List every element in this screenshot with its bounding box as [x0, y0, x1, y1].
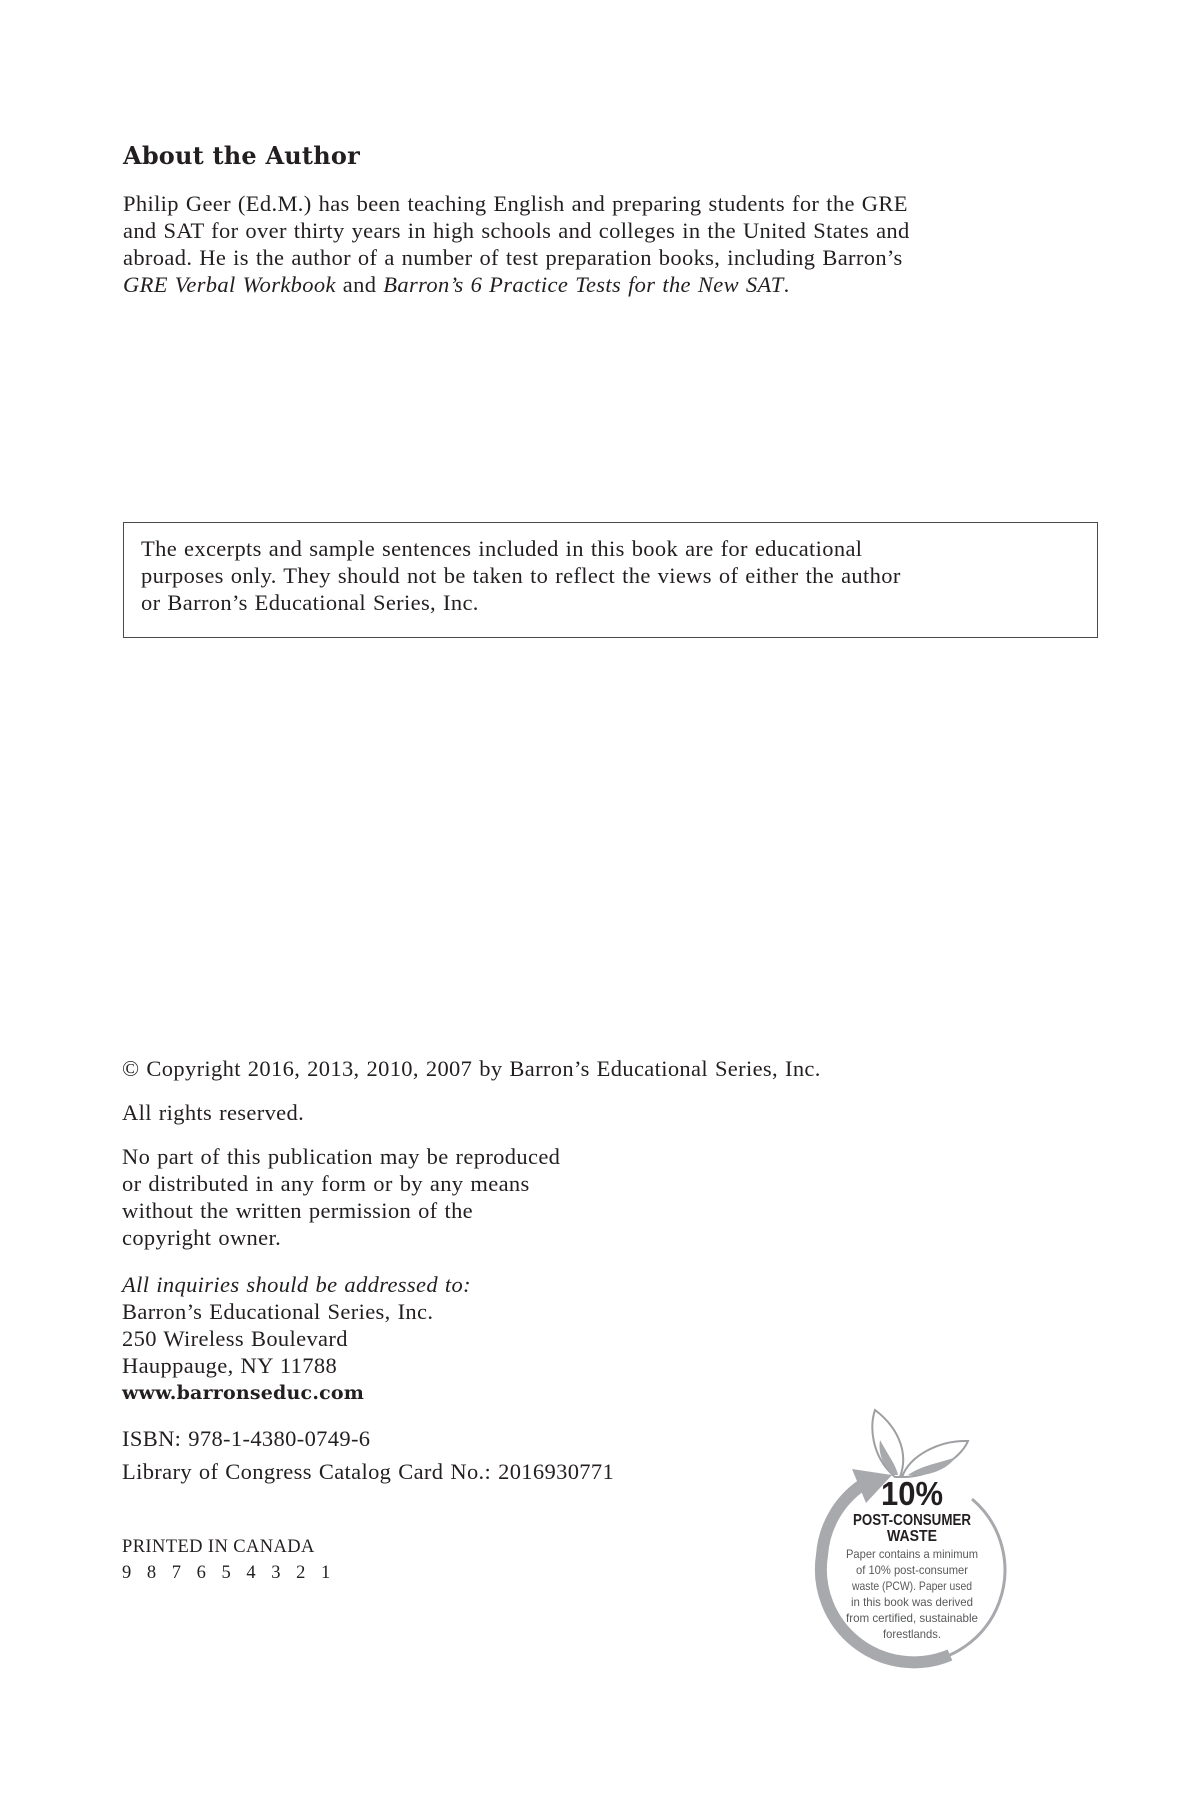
print-run-numbers: 9 8 7 6 5 4 3 2 1	[122, 1560, 336, 1586]
lccn: Library of Congress Catalog Card No.: 20…	[122, 1458, 614, 1485]
about-line-3: abroad. He is the author of a number of …	[123, 244, 903, 271]
badge-text-2: of 10% post-consumer	[856, 1563, 968, 1577]
inquiries-label: All inquiries should be addressed to:	[122, 1271, 471, 1298]
badge-text-1: Paper contains a minimum	[846, 1547, 978, 1561]
about-line-1: Philip Geer (Ed.M.) has been teaching En…	[123, 190, 908, 217]
about-end: .	[784, 272, 790, 297]
badge-text-3: waste (PCW). Paper used	[851, 1579, 972, 1593]
badge-text-4: in this book was derived	[851, 1595, 973, 1609]
about-author-heading: About the Author	[123, 140, 360, 172]
reproduction-line-2: or distributed in any form or by any mea…	[122, 1170, 530, 1197]
badge-title-2: WASTE	[887, 1528, 937, 1545]
reproduction-line-4: copyright owner.	[122, 1224, 281, 1251]
disclaimer-line-1: The excerpts and sample sentences includ…	[141, 535, 862, 562]
printed-in: PRINTED IN CANADA	[122, 1534, 315, 1560]
address-line-2: 250 Wireless Boulevard	[122, 1325, 348, 1352]
inquiries-label-text: All inquiries should be addressed to:	[122, 1272, 471, 1297]
rights-reserved: All rights reserved.	[122, 1099, 304, 1126]
disclaimer-line-2: purposes only. They should not be taken …	[141, 562, 901, 589]
website-link[interactable]: www.barronseduc.com	[122, 1380, 364, 1407]
address-line-3: Hauppauge, NY 11788	[122, 1352, 337, 1379]
about-line-4: GRE Verbal Workbook and Barron’s 6 Pract…	[123, 271, 790, 298]
about-joiner: and	[336, 272, 384, 297]
badge-text-5: from certified, sustainable	[846, 1611, 978, 1625]
book-title-gre-verbal: GRE Verbal Workbook	[123, 272, 336, 297]
copyright-line: © Copyright 2016, 2013, 2010, 2007 by Ba…	[122, 1055, 821, 1082]
about-line-2: and SAT for over thirty years in high sc…	[123, 217, 910, 244]
recycled-paper-badge: 10% POST-CONSUMER WASTE Paper contains a…	[800, 1405, 1030, 1675]
address-line-1: Barron’s Educational Series, Inc.	[122, 1298, 433, 1325]
badge-text-6: forestlands.	[883, 1627, 941, 1641]
reproduction-line-3: without the written permission of the	[122, 1197, 473, 1224]
disclaimer-line-3: or Barron’s Educational Series, Inc.	[141, 589, 479, 616]
book-title-6-practice-tests: Barron’s 6 Practice Tests for the New SA…	[383, 272, 783, 297]
badge-percent: 10%	[881, 1475, 943, 1512]
badge-title-1: POST-CONSUMER	[853, 1512, 971, 1529]
isbn: ISBN: 978-1-4380-0749-6	[122, 1425, 370, 1452]
reproduction-line-1: No part of this publication may be repro…	[122, 1143, 560, 1170]
